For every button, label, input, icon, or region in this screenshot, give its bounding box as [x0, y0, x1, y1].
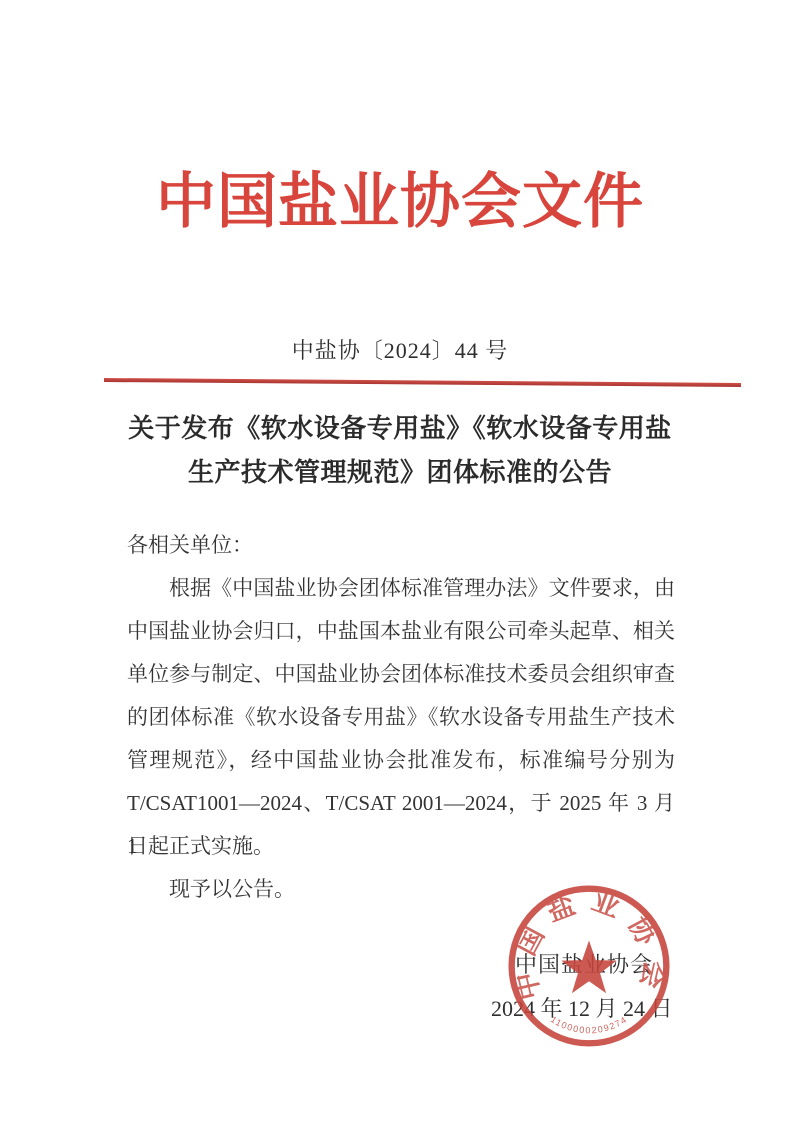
document-number: 中盐协〔2024〕44 号	[0, 334, 800, 365]
body-line: 中国盐业协会归口，中盐国本盐业有限公司牵头起草、相关	[127, 610, 675, 653]
body-line: 的团体标准《软水设备专用盐》《软水设备专用盐生产技术	[127, 696, 675, 739]
signature-date: 2024 年 12 月 24 日	[491, 992, 673, 1023]
signature-name: 中国盐业协会	[515, 948, 653, 979]
document-page: 中国盐业协会文件 中盐协〔2024〕44 号 关于发布《软水设备专用盐》《软水设…	[0, 0, 800, 1131]
body-line: 管理规范》，经中国盐业协会批准发布，标准编号分别为	[127, 739, 675, 782]
notice-title-line-1: 关于发布《软水设备专用盐》《软水设备专用盐	[0, 406, 800, 450]
body-line: T/CSAT1001—2024、T/CSAT 2001—2024，于 2025 …	[127, 782, 675, 825]
notice-title: 关于发布《软水设备专用盐》《软水设备专用盐 生产技术管理规范》团体标准的公告	[0, 406, 800, 494]
notice-title-line-2: 生产技术管理规范》团体标准的公告	[0, 450, 800, 494]
body-line: 日起正式实施。	[127, 825, 675, 868]
red-divider-line	[104, 378, 741, 387]
closing-line: 现予以公告。	[127, 868, 675, 911]
body-line: 根据《中国盐业协会团体标准管理办法》文件要求，由	[127, 567, 675, 610]
body-line: 单位参与制定、中国盐业协会团体标准技术委员会组织审查	[127, 653, 675, 696]
letterhead-title: 中国盐业协会文件	[0, 166, 800, 238]
body-section: 各相关单位： 根据《中国盐业协会团体标准管理办法》文件要求，由 中国盐业协会归口…	[127, 524, 675, 911]
salutation: 各相关单位：	[127, 524, 675, 567]
